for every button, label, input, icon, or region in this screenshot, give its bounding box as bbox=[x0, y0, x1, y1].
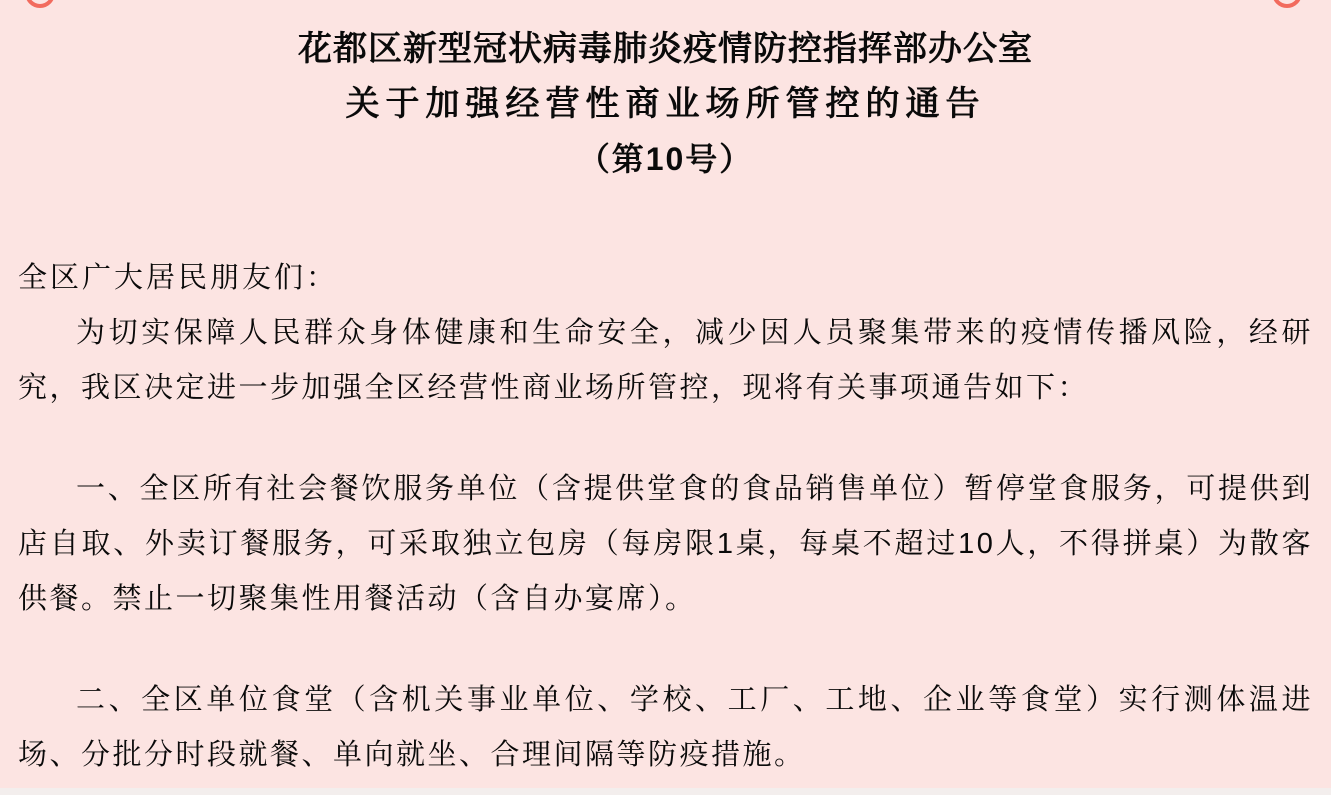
bottom-page-edge bbox=[0, 788, 1331, 795]
notice-doc-number: （第10号） bbox=[18, 132, 1313, 187]
salutation: 全区广大居民朋友们： bbox=[18, 251, 1313, 306]
notice-paragraph-item-2: 二、全区单位食堂（含机关事业单位、学校、工厂、工地、企业等食堂）实行测体温进场、… bbox=[18, 673, 1313, 783]
notice-paragraph-item-1: 一、全区所有社会餐饮服务单位（含提供堂食的食品销售单位）暂停堂食服务，可提供到店… bbox=[18, 462, 1313, 627]
notice-title-line2: 关于加强经营性商业场所管控的通告 bbox=[18, 77, 1313, 132]
notice-page: 花都区新型冠状病毒肺炎疫情防控指挥部办公室 关于加强经营性商业场所管控的通告 （… bbox=[0, 0, 1331, 795]
decorative-circle-right-icon bbox=[1272, 0, 1302, 8]
notice-title-line1: 花都区新型冠状病毒肺炎疫情防控指挥部办公室 bbox=[18, 22, 1313, 77]
notice-paragraph-intro: 为切实保障人民群众身体健康和生命安全，减少因人员聚集带来的疫情传播风险，经研究，… bbox=[18, 306, 1313, 416]
decorative-circle-left-icon bbox=[25, 0, 55, 8]
